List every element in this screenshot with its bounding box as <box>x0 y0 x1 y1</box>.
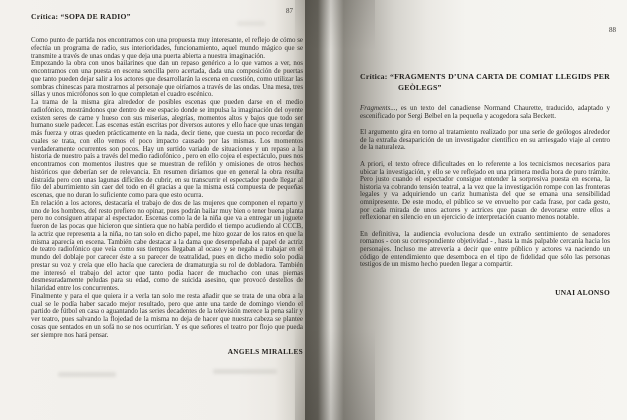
left-text-column: Crítica: “SOPA DE RADIO” Como punto de p… <box>31 12 303 356</box>
paragraph: A priori, el texto ofrece dificultades e… <box>360 161 610 222</box>
paragraph: Empezando la obra con unos bailarines qu… <box>31 60 303 99</box>
right-text-column: Crítica: “FRAGMENTS D’UNA CARTA DE COMIA… <box>360 71 610 297</box>
right-author-signature: UNAI ALONSO <box>360 288 610 297</box>
paragraph: Fragments..., es un texto del canadiense… <box>360 105 610 120</box>
paragraph: La trama de la misma gira alrededor de p… <box>31 99 303 200</box>
left-critique-title: Crítica: “SOPA DE RADIO” <box>31 12 303 21</box>
right-critique-title: Crítica: “FRAGMENTS D’UNA CARTA DE COMIA… <box>360 71 610 93</box>
paragraph: El argumento gira en torno al tratamient… <box>360 129 610 152</box>
paragraph: Finalmente y para el que quiera ir a ver… <box>31 293 303 340</box>
page-88: 88 Crítica: “FRAGMENTS D’UNA CARTA DE CO… <box>305 0 627 420</box>
showthrough-smudge <box>58 372 116 377</box>
right-critique-body: Fragments..., es un texto del canadiense… <box>360 105 610 269</box>
critique-label: Crítica: <box>360 72 388 81</box>
page-number-right: 88 <box>609 26 616 34</box>
paragraph: En relación a los actores, destacaría el… <box>31 200 303 293</box>
paragraph: Como punto de partida nos encontramos co… <box>31 37 303 60</box>
paragraph-text: es un texto del canadiense Normand Chaur… <box>360 104 610 120</box>
paragraph: En definitiva, la audiencia evoluciona d… <box>360 231 610 269</box>
showthrough-smudge <box>213 369 277 374</box>
page-87: 87 Crítica: “SOPA DE RADIO” Como punto d… <box>0 0 305 420</box>
left-critique-body: Como punto de partida nos encontramos co… <box>31 37 303 339</box>
book-scan-spread: 87 Crítica: “SOPA DE RADIO” Como punto d… <box>0 0 627 420</box>
critique-title-text: “FRAGMENTS D’UNA CARTA DE COMIAT LLEGIDS… <box>390 72 610 92</box>
left-author-signature: ANGELS MIRALLES <box>31 347 303 356</box>
